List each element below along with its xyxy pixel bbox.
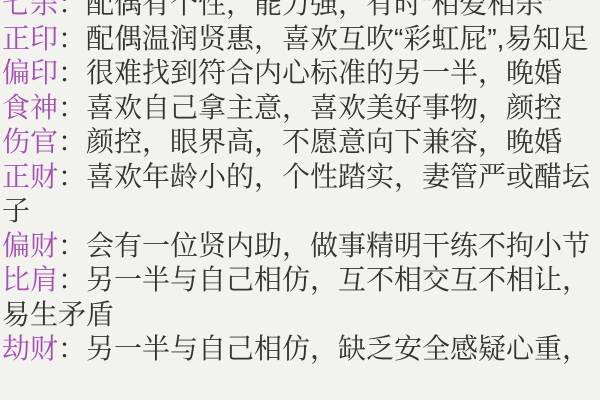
entry-row-shishen: 食神：喜欢自己拿主意，喜欢美好事物，颜控	[2, 91, 594, 126]
entry-row-shangguan: 伤官：颜控，眼界高，不愿意向下兼容，晚婚	[2, 125, 594, 160]
entry-label: 比肩	[2, 264, 58, 295]
entry-row-jiecai: 劫财：另一半与自己相仿，缺乏安全感疑心重，	[2, 332, 594, 367]
entry-label: 伤官	[2, 126, 58, 157]
entry-row-pianyin: 偏印：很难找到符合内心标准的另一半，晚婚	[2, 56, 594, 91]
entry-label: 七杀	[2, 0, 58, 19]
entry-text: 很难找到符合内心标准的另一半，晚婚	[86, 57, 562, 88]
fortune-text-page: 七杀：配偶有个性，能力强，有时“相爱相杀” 正印：配偶温润贤惠，喜欢互吹“彩虹屁…	[0, 0, 600, 400]
entry-text: 配偶温润贤惠，喜欢互吹“彩虹屁”,易知足	[86, 23, 588, 54]
entry-text: 喜欢自己拿主意，喜欢美好事物，颜控	[86, 92, 562, 123]
entry-label: 劫财	[2, 333, 58, 364]
entry-row-piancai: 偏财：会有一位贤内助，做事精明干练不拘小节	[2, 229, 594, 264]
entry-row-zhengcai: 正财：喜欢年龄小的，个性踏实，妻管严或醋坛子	[2, 160, 594, 229]
entry-colon: ：	[58, 57, 86, 88]
entry-colon: ：	[58, 230, 86, 261]
entry-colon: ：	[58, 23, 86, 54]
entry-colon: ：	[58, 126, 86, 157]
entry-label: 偏印	[2, 57, 58, 88]
entry-text: 颜控，眼界高，不愿意向下兼容，晚婚	[86, 126, 562, 157]
entry-text: 会有一位贤内助，做事精明干练不拘小节	[86, 230, 590, 261]
entry-colon: ：	[58, 333, 86, 364]
entry-text: 另一半与自己相仿，互不相交互不相让，易生矛盾	[2, 264, 590, 330]
entry-text: 配偶有个性，能力强，有时“相爱相杀”	[86, 0, 553, 19]
entry-label: 偏财	[2, 230, 58, 261]
entry-colon: ：	[58, 0, 86, 19]
entries-list: 七杀：配偶有个性，能力强，有时“相爱相杀” 正印：配偶温润贤惠，喜欢互吹“彩虹屁…	[2, 0, 594, 367]
entry-colon: ：	[58, 92, 86, 123]
entry-row-qisha: 七杀：配偶有个性，能力强，有时“相爱相杀”	[2, 0, 594, 22]
entry-label: 食神	[2, 92, 58, 123]
entry-row-zhengyin: 正印：配偶温润贤惠，喜欢互吹“彩虹屁”,易知足	[2, 22, 594, 57]
entry-colon: ：	[58, 264, 86, 295]
entry-label: 正印	[2, 23, 58, 54]
entry-text: 喜欢年龄小的，个性踏实，妻管严或醋坛子	[2, 161, 590, 227]
entry-colon: ：	[58, 161, 86, 192]
entry-row-bijian: 比肩：另一半与自己相仿，互不相交互不相让，易生矛盾	[2, 263, 594, 332]
entry-text: 另一半与自己相仿，缺乏安全感疑心重，	[86, 333, 590, 364]
entry-label: 正财	[2, 161, 58, 192]
